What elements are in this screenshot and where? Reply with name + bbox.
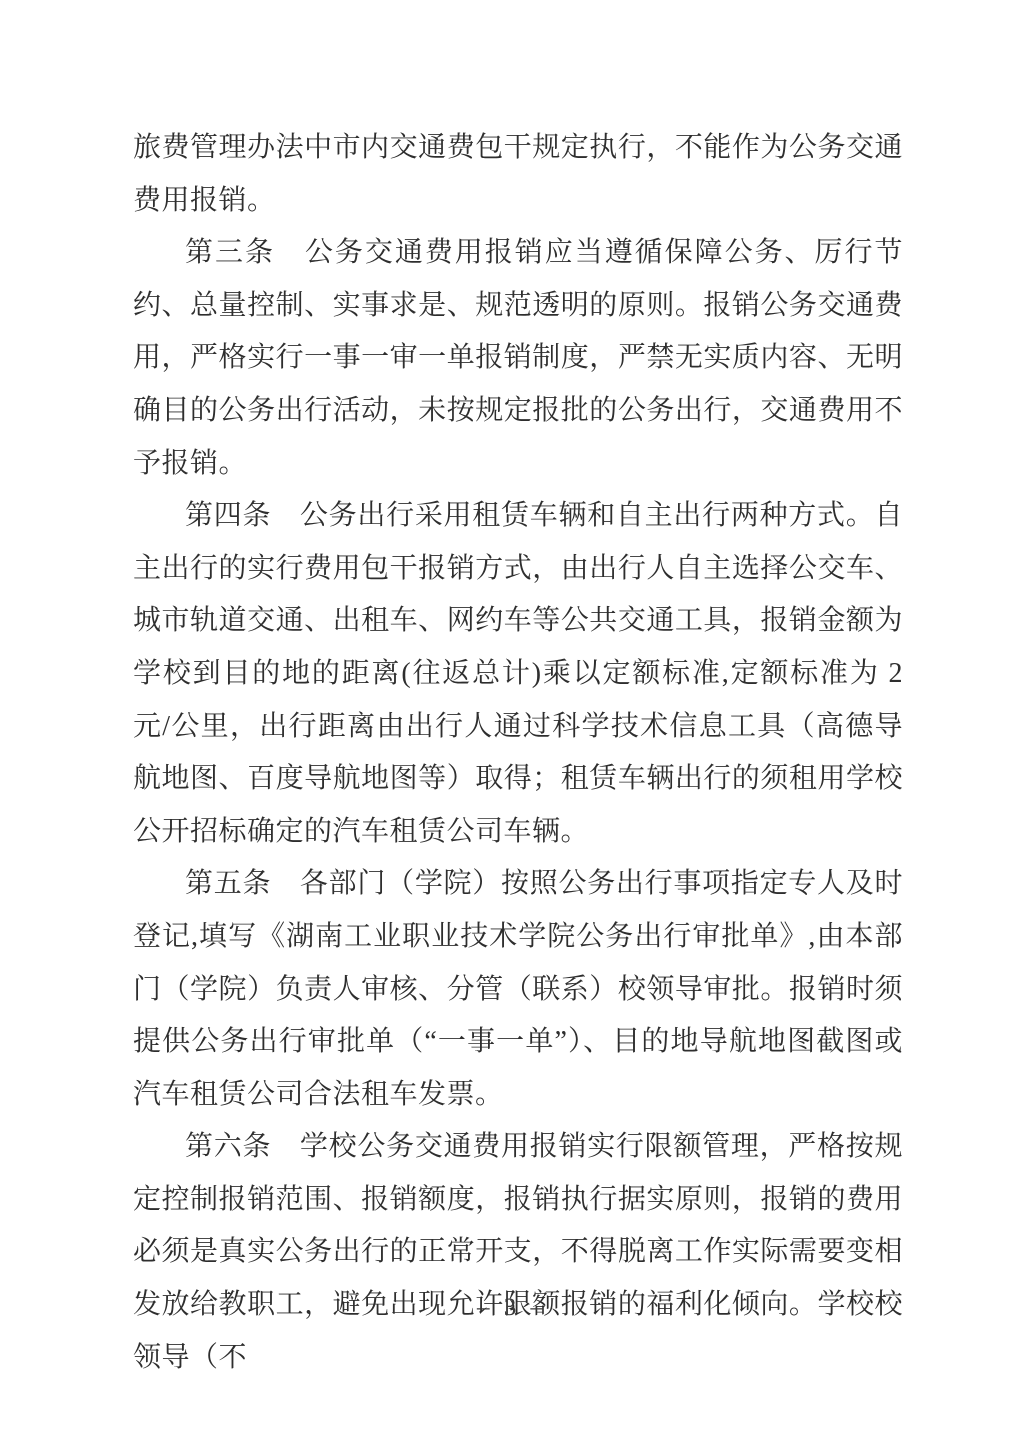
- paragraph-continuation: 旅费管理办法中市内交通费包干规定执行，不能作为公务交通费用报销。: [133, 122, 903, 227]
- paragraph-article-4: 第四条 公务出行采用租赁车辆和自主出行两种方式。自主出行的实行费用包干报销方式，…: [133, 490, 903, 858]
- document-page: 旅费管理办法中市内交通费包干规定执行，不能作为公务交通费用报销。 第三条 公务交…: [0, 0, 1024, 1448]
- paragraph-article-5: 第五条 各部门（学院）按照公务出行事项指定专人及时登记,填写《湖南工业职业技术学…: [133, 858, 903, 1121]
- page-number: – 3 –: [0, 1294, 1024, 1322]
- paragraph-article-3: 第三条 公务交通费用报销应当遵循保障公务、厉行节约、总量控制、实事求是、规范透明…: [133, 227, 903, 490]
- paragraph-article-6: 第六条 学校公务交通费用报销实行限额管理，严格按规定控制报销范围、报销额度，报销…: [133, 1121, 903, 1384]
- document-body: 旅费管理办法中市内交通费包干规定执行，不能作为公务交通费用报销。 第三条 公务交…: [133, 122, 903, 1384]
